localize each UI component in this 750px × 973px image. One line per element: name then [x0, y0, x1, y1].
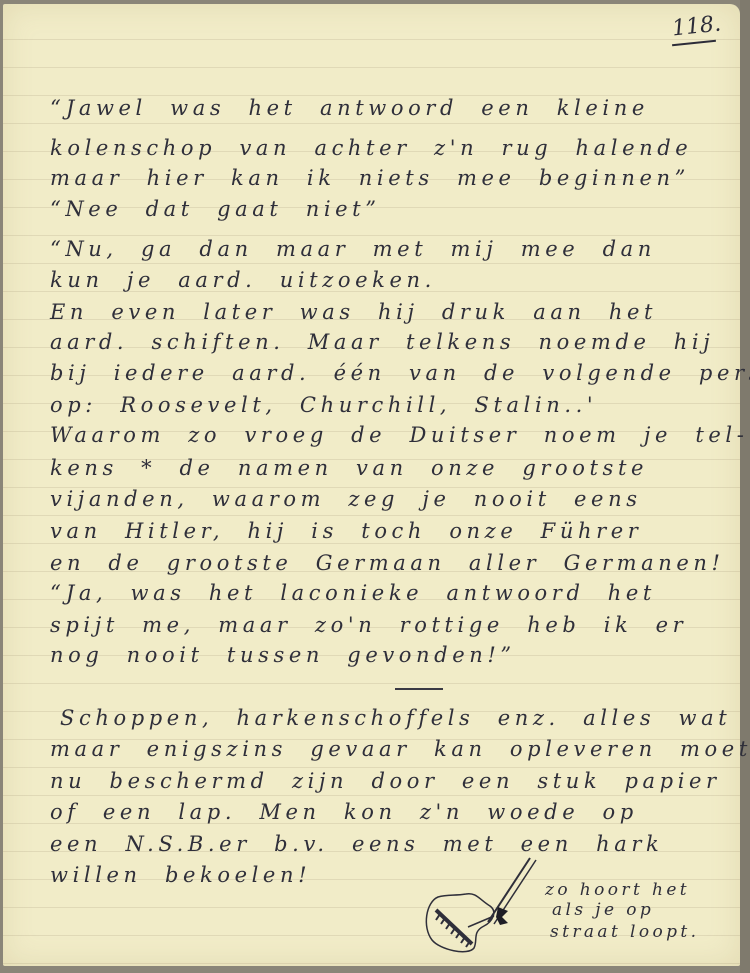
text-line: spijt me, maar zo'n rottige heb ik er	[50, 613, 687, 637]
drawing-caption: straat loopt.	[550, 922, 699, 942]
drawing-caption: als je op	[552, 900, 654, 920]
text-line: “Nu, ga dan maar met mij mee dan	[50, 237, 656, 261]
text-line: of een lap. Men kon z'n woede op	[50, 800, 638, 824]
text-line: aard. schiften. Maar telkens noemde hij	[50, 330, 714, 354]
text-line: Schoppen, harkenschoffels enz. alles wat	[60, 706, 731, 730]
text-line: kolenschop van achter z'n rug halende	[50, 136, 692, 160]
text-line: maar enigszins gevaar kan opleveren moet	[50, 737, 750, 761]
text-line: een N.S.B.er b.v. eens met een hark	[50, 832, 663, 856]
text-line: van Hitler, hij is toch onze Führer	[50, 519, 642, 543]
drawing-caption: zo hoort het	[545, 880, 690, 900]
text-line: kens * de namen van onze grootste	[50, 456, 648, 480]
text-line: “Jawel was het antwoord een kleine	[50, 96, 649, 120]
section-divider	[395, 688, 443, 690]
text-line: nu beschermd zijn door een stuk papier	[50, 769, 721, 793]
text-line: vijanden, waarom zeg je nooit eens	[50, 487, 642, 511]
text-line: nog nooit tussen gevonden!”	[50, 643, 516, 667]
rake-drawing-icon	[418, 852, 538, 972]
text-line: en de grootste Germaan aller Germanen!	[50, 551, 725, 575]
text-line: op: Roosevelt, Churchill, Stalin..'	[50, 393, 597, 417]
text-line: “Ja, was het laconieke antwoord het	[50, 581, 656, 605]
page-number: 118.	[671, 12, 722, 42]
text-line: En even later was hij druk aan het	[50, 300, 657, 324]
page-edge	[740, 0, 750, 973]
text-line: bij iedere aard. één van de volgende per…	[50, 361, 750, 385]
text-line: kun je aard. uitzoeken.	[50, 268, 436, 292]
text-line: “Nee dat gaat niet”	[50, 197, 381, 221]
text-line: willen bekoelen!	[50, 863, 311, 887]
text-line: Waarom zo vroeg de Duitser noem je tel-	[50, 423, 748, 447]
text-line: maar hier kan ik niets mee beginnen”	[50, 166, 690, 190]
